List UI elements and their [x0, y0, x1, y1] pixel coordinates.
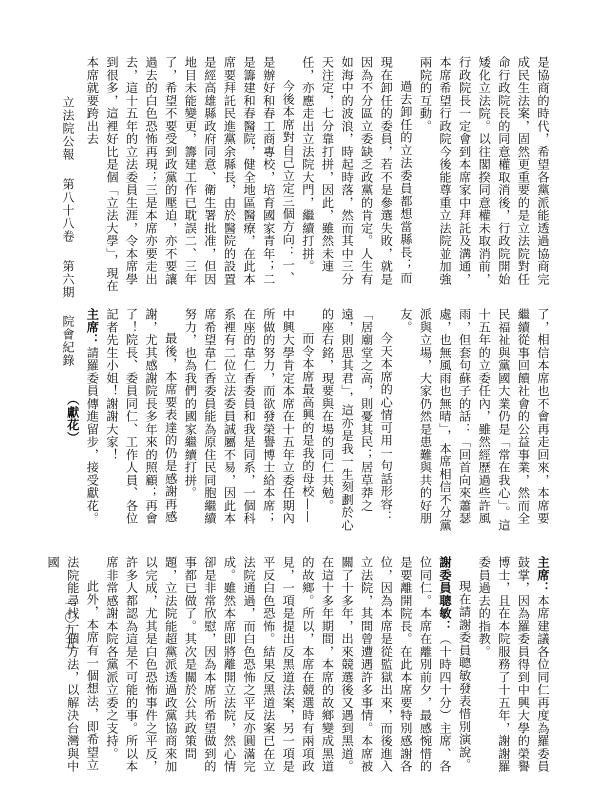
text-band-middle: 了，相信本席也不會再走回來，本席要繼續從事回饋社會的公益事業，然而全民福祉與黨國… [84, 308, 552, 536]
paragraph: 了，相信本席也不會再走回來，本席要繼續從事回饋社會的公益事業，然而全民福祉與黨國… [395, 308, 552, 536]
paragraph: 最後，本席要表達的仍是感謝再感謝，尤其感謝院長多年來的照顧；再會了！院長、委員同… [101, 308, 179, 536]
speaker-colon: ： [438, 620, 452, 633]
paragraph: 是協商的時代，希望各黨派能透過協商完成民生法案，固然更重要的是立法院對任命行政院… [415, 56, 552, 296]
text-band-bottom: 主席：本席建議各位同仁再度為羅委員鼓掌，因為羅委員得到中興大學的榮譽博士，且在本… [84, 556, 552, 776]
text-band-top: 是協商的時代，希望各黨派能透過協商完成民生法案，固然更重要的是立法院對任命行政院… [84, 56, 552, 296]
paragraph: 現在請謝委員聰敏發表惜別演說。 [454, 556, 474, 776]
volume-label: 第八十八卷 [62, 178, 74, 243]
paragraph: 此外，本席有一個想法，即希望立法院能尋找一個方法，以解決台灣與中國 [43, 556, 102, 776]
paragraph: 過去卸任的立法委員都想當縣長；而現在卸任的委員，若不是參選失敗，就是因為不分區立… [297, 56, 415, 296]
speech-text: 請羅委員傳進留步，接受獻花。 [85, 346, 99, 525]
issue-label: 第六期 [62, 260, 74, 299]
speaker-colon: ： [85, 334, 99, 347]
paragraph: 今後本席對自己立定三個方向：一、是辦好和春工商專校，培育國家青年；二是籌建和春醫… [82, 56, 298, 296]
speech-text: （十時四十分）主席、各位同仁。本席在離別前夕，最感惋惜的是要離開院長。在此本席要… [105, 556, 452, 773]
speaker-paragraph: 主席：請羅委員傳進留步，接受獻花。 [82, 308, 102, 536]
stage-direction: （獻花） [62, 308, 82, 536]
speaker-name: 謝委員聰敏 [438, 556, 452, 620]
paragraph: 今天本席的心情可用一句話形容：「居廟堂之高，則憂其民；居草莽之遠，則思其君」，這… [317, 308, 395, 536]
speaker-name: 主席 [85, 308, 99, 334]
speaker-name: 主席 [536, 556, 550, 582]
stage-direction-text: （獻花） [66, 393, 80, 444]
paragraph: 而令本席最高興的是我的母校——中興大學肯定本席在十五年立委任期內所做的努力，而欲… [180, 308, 317, 536]
speaker-colon: ： [536, 582, 550, 595]
journal-title: 立法院公報 [62, 96, 74, 161]
speaker-paragraph: 主席：本席建議各位同仁再度為羅委員鼓掌，因為羅委員得到中興大學的榮譽博士，且在本… [474, 556, 552, 776]
speaker-paragraph: 謝委員聰敏：（十時四十分）主席、各位同仁。本席在離別前夕，最感惋惜的是要離開院長… [101, 556, 454, 776]
